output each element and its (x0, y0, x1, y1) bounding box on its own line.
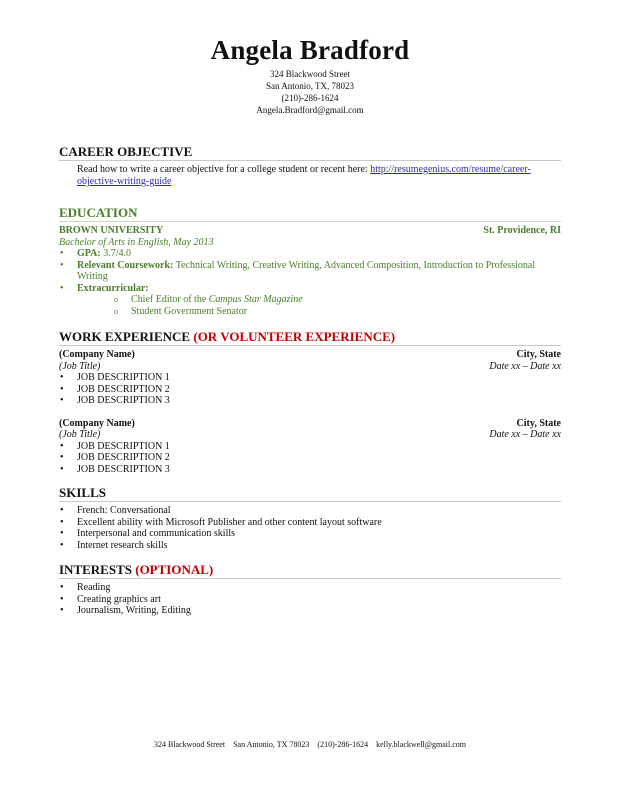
jobs-list: (Company Name)City, State(Job Title)Date… (59, 349, 561, 475)
footer-phone: (210)-286-1624 (317, 740, 368, 749)
list-item-text: Excellent ability with Microsoft Publish… (77, 517, 382, 528)
bullet-icon: • (60, 517, 64, 529)
resume-page: Angela Bradford 324 Blackwood Street San… (59, 0, 561, 617)
coursework-label: Relevant Coursework: (77, 260, 173, 271)
bullet-icon: • (60, 260, 64, 272)
title-row: (Job Title)Date xx – Date xx (59, 361, 561, 373)
job-descriptions: •JOB DESCRIPTION 1•JOB DESCRIPTION 2•JOB… (59, 441, 561, 476)
circle-bullet-icon: o (114, 294, 118, 306)
job-descriptions: •JOB DESCRIPTION 1•JOB DESCRIPTION 2•JOB… (59, 372, 561, 407)
section-title: EDUCATION (59, 206, 561, 222)
list-item-text: Reading (77, 582, 110, 593)
company-row: (Company Name)City, State (59, 349, 561, 361)
list-item: •Internet research skills (59, 540, 561, 552)
list-item: oStudent Government Senator (59, 306, 561, 318)
list-item: •Creating graphics art (59, 594, 561, 606)
resume-header: Angela Bradford 324 Blackwood Street San… (59, 35, 561, 116)
section-title-optional: (OPTIONAL) (135, 562, 213, 577)
degree-row: Bachelor of Arts in English, May 2013 (59, 237, 561, 249)
list-item: •Journalism, Writing, Editing (59, 605, 561, 617)
bullet-icon: • (60, 528, 64, 540)
list-item-text: Interpersonal and communication skills (77, 528, 235, 539)
section-title-main: WORK EXPERIENCE (59, 329, 193, 344)
degree: Bachelor of Arts in English, May 2013 (59, 237, 214, 249)
gpa-label: GPA: (77, 248, 101, 259)
list-item-text: JOB DESCRIPTION 3 (77, 395, 170, 406)
job-dates: Date xx – Date xx (489, 361, 561, 373)
section-title: CAREER OBJECTIVE (59, 145, 561, 161)
job-title: (Job Title) (59, 361, 100, 373)
list-item: •JOB DESCRIPTION 1 (59, 441, 561, 453)
extracurricular-label: Extracurricular: (77, 283, 149, 294)
bullet-icon: • (60, 384, 64, 396)
street-address: 324 Blackwood Street (59, 68, 561, 80)
extracurricular-list: oChief Editor of the Campus Star Magazin… (59, 294, 561, 317)
list-item-text: French: Conversational (77, 505, 171, 516)
bullet-icon: • (60, 248, 64, 260)
footer-street: 324 Blackwood Street (154, 740, 225, 749)
list-item: • Relevant Coursework: Technical Writing… (59, 260, 561, 283)
title-row: (Job Title)Date xx – Date xx (59, 429, 561, 441)
job-entry: (Company Name)City, State(Job Title)Date… (59, 418, 561, 476)
list-item: •Interpersonal and communication skills (59, 528, 561, 540)
list-item: •JOB DESCRIPTION 2 (59, 452, 561, 464)
footer-city: San Antonio, TX 78023 (233, 740, 309, 749)
bullet-icon: • (60, 582, 64, 594)
activity-text: Student Government Senator (131, 306, 247, 317)
list-item: •Excellent ability with Microsoft Publis… (59, 517, 561, 529)
education-details: • GPA: 3.7/4.0 • Relevant Coursework: Te… (59, 248, 561, 294)
bullet-icon: • (60, 395, 64, 407)
bullet-icon: • (60, 540, 64, 552)
list-item-text: Creating graphics art (77, 594, 161, 605)
list-item-text: Journalism, Writing, Editing (77, 605, 191, 616)
section-title: WORK EXPERIENCE (OR VOLUNTEER EXPERIENCE… (59, 330, 561, 346)
list-item: •JOB DESCRIPTION 3 (59, 464, 561, 476)
city-line: San Antonio, TX, 78023 (59, 80, 561, 92)
skills-list: •French: Conversational•Excellent abilit… (59, 505, 561, 551)
job-dates: Date xx – Date xx (489, 429, 561, 441)
list-item: •JOB DESCRIPTION 1 (59, 372, 561, 384)
bullet-icon: • (60, 594, 64, 606)
job-location: City, State (517, 418, 561, 430)
phone: (210)-286-1624 (59, 92, 561, 104)
company-row: (Company Name)City, State (59, 418, 561, 430)
list-item-text: JOB DESCRIPTION 1 (77, 441, 170, 452)
list-item-text: JOB DESCRIPTION 3 (77, 464, 170, 475)
company-name: (Company Name) (59, 418, 135, 430)
school-row: BROWN UNIVERSITY St. Providence, RI (59, 225, 561, 237)
section-title: INTERESTS (OPTIONAL) (59, 563, 561, 579)
footer-email: kelly.blackwell@gmail.com (376, 740, 466, 749)
list-item-text: JOB DESCRIPTION 2 (77, 384, 170, 395)
gpa-value: 3.7/4.0 (101, 248, 131, 259)
section-interests: INTERESTS (OPTIONAL) •Reading•Creating g… (59, 563, 561, 617)
job-title: (Job Title) (59, 429, 100, 441)
job-location: City, State (517, 349, 561, 361)
list-item-text: Internet research skills (77, 540, 168, 551)
section-title: SKILLS (59, 486, 561, 502)
job-entry: (Company Name)City, State(Job Title)Date… (59, 349, 561, 407)
school-name: BROWN UNIVERSITY (59, 225, 163, 237)
school-location: St. Providence, RI (483, 225, 561, 237)
bullet-icon: • (60, 283, 64, 295)
activity-italic: Campus Star Magazine (209, 294, 303, 305)
section-title-main: INTERESTS (59, 562, 135, 577)
bullet-icon: • (60, 441, 64, 453)
list-item: • GPA: 3.7/4.0 (59, 248, 561, 260)
bullet-icon: • (60, 372, 64, 384)
section-education: EDUCATION BROWN UNIVERSITY St. Providenc… (59, 206, 561, 317)
list-item: •JOB DESCRIPTION 3 (59, 395, 561, 407)
list-item-text: JOB DESCRIPTION 1 (77, 372, 170, 383)
list-item: oChief Editor of the Campus Star Magazin… (59, 294, 561, 306)
bullet-icon: • (60, 452, 64, 464)
list-item-text: JOB DESCRIPTION 2 (77, 452, 170, 463)
list-item: •JOB DESCRIPTION 2 (59, 384, 561, 396)
objective-text: Read how to write a career objective for… (59, 164, 561, 188)
bullet-icon: • (60, 464, 64, 476)
list-item: • Extracurricular: (59, 283, 561, 295)
list-item: •Reading (59, 582, 561, 594)
circle-bullet-icon: o (114, 306, 118, 318)
bullet-icon: • (60, 505, 64, 517)
email: Angela.Bradford@gmail.com (59, 104, 561, 116)
bullet-icon: • (60, 605, 64, 617)
interests-list: •Reading•Creating graphics art•Journalis… (59, 582, 561, 617)
list-item: •French: Conversational (59, 505, 561, 517)
company-name: (Company Name) (59, 349, 135, 361)
applicant-name: Angela Bradford (59, 35, 561, 65)
section-title-optional: (OR VOLUNTEER EXPERIENCE) (193, 329, 395, 344)
section-skills: SKILLS •French: Conversational•Excellent… (59, 486, 561, 551)
section-work-experience: WORK EXPERIENCE (OR VOLUNTEER EXPERIENCE… (59, 330, 561, 475)
objective-sentence: Read how to write a career objective for… (77, 164, 370, 175)
section-career-objective: CAREER OBJECTIVE Read how to write a car… (59, 145, 561, 188)
page-footer: 324 Blackwood StreetSan Antonio, TX 7802… (0, 740, 620, 750)
activity-text: Chief Editor of the (131, 294, 209, 305)
